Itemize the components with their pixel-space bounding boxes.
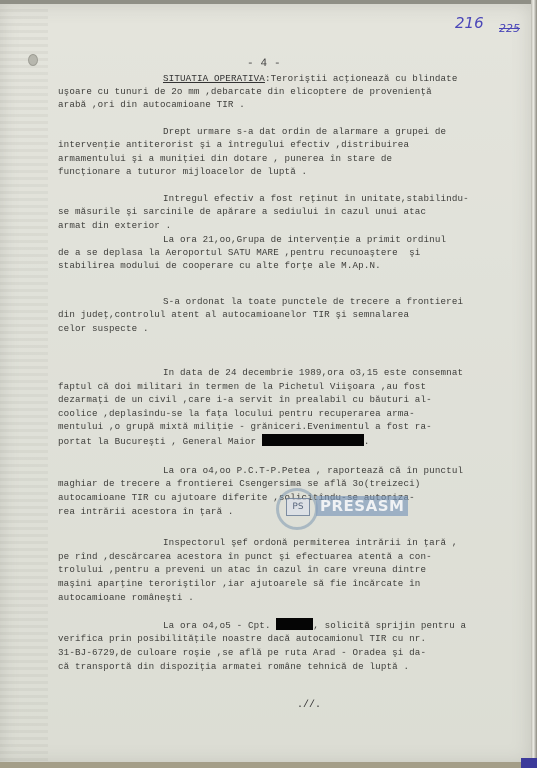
paragraph-line: Drept urmare s-a dat ordin de alarmare a… [93, 125, 513, 139]
page-edge [531, 0, 537, 768]
paragraph-line: faptul că doi militari în termen de la P… [58, 380, 478, 394]
text-span: . [364, 436, 370, 447]
paragraph-line: arabă ,ori din autocamioane TIR . [58, 98, 478, 112]
text-span: La ora o4,o5 - Cpt. [163, 620, 276, 631]
folio-number: 216 [455, 14, 484, 32]
paragraph-line: armamentului şi a muniţiei din dotare , … [58, 152, 478, 166]
page-bottom-edge [0, 762, 537, 768]
paragraph-line: uşoare cu tunuri de 2o mm ,debarcate din… [58, 85, 478, 99]
page-margin-texture [0, 8, 48, 768]
paragraph-line: 31-BJ-6729,de culoare roşie ,se află pe … [58, 646, 478, 660]
paragraph-line: Intregul efectiv a fost reţinut în unita… [93, 192, 513, 206]
paragraph-line: La ora o4,oo P.C.T-P.Petea , raportează … [93, 464, 513, 478]
paragraph-line: trolului ,pentru a preveni un atac în ca… [58, 563, 478, 577]
paragraph-line: mentului ,o grupă mixtă miliţie - grănic… [58, 420, 478, 434]
paragraph-line: că transportă din dispoziţia armatei rom… [58, 660, 478, 674]
paragraph-line: din judeţ,controlul atent al autocamioan… [58, 308, 478, 322]
paragraph-line: SITUATIA OPERATIVA:Teroriştii acţionează… [93, 72, 513, 86]
punch-hole [28, 54, 38, 66]
paragraph-line: maşini aparţine teroriştilor ,iar ajutoa… [58, 577, 478, 591]
end-mark: .//. [297, 700, 321, 711]
paragraph-line: de a se deplasa la Aeroportul SATU MARE … [58, 246, 478, 260]
paragraph-line: Inspectorul şef ordonă permiterea intrăr… [93, 536, 513, 550]
paragraph-line: autocamioane româneşti . [58, 591, 478, 605]
page-number: - 4 - [247, 58, 281, 70]
paragraph-line: intervenţie antiterorist şi a întregului… [58, 138, 478, 152]
paragraph-line: dezarmaţi de un civil ,care i-a servit î… [58, 393, 478, 407]
paragraph-line: La ora 21,oo,Grupa de intervenţie a prim… [93, 233, 513, 247]
watermark-logo: PS PRESASM [276, 488, 436, 524]
folio-number-struck: 225 [499, 22, 520, 35]
text-span: , solicită sprijin pentru a [313, 620, 466, 631]
paragraph-line: coolice ,deplasîndu-se la faţa locului p… [58, 407, 478, 421]
paragraph-line: S-a ordonat la toate punctele de trecere… [93, 295, 513, 309]
paragraph-line: armat din exterior . [58, 219, 478, 233]
watermark-label: PRESASM [316, 496, 408, 516]
text-span: portat la Bucureşti , General Maior [58, 436, 262, 447]
section-heading: SITUATIA OPERATIVA [163, 73, 265, 84]
paragraph-line: stabilirea modului de cooperare cu alte … [58, 259, 478, 273]
paragraph-line: funcţionare a tuturor mijloacelor de lup… [58, 165, 478, 179]
paragraph-line: celor suspecte . [58, 322, 478, 336]
binder-corner [521, 758, 537, 768]
paragraph-line: portat la Bucureşti , General Maior . [58, 434, 478, 449]
paragraph-line: verifica prin posibilităţile noastre dac… [58, 632, 478, 646]
paragraph-line: In data de 24 decembrie 1989,ora o3,15 e… [93, 366, 513, 380]
paragraph-line: se măsurile şi sarcinile de apărare a se… [58, 205, 478, 219]
redaction-bar [262, 434, 364, 446]
watermark-badge: PS [286, 498, 310, 516]
text-span: :Teroriştii acţionează cu blindate [265, 73, 458, 84]
redaction-bar [276, 618, 313, 630]
paragraph-line: pe rînd ,descărcarea acestora în punct ş… [58, 550, 478, 564]
paragraph-line: La ora o4,o5 - Cpt. , solicită sprijin p… [93, 618, 513, 633]
